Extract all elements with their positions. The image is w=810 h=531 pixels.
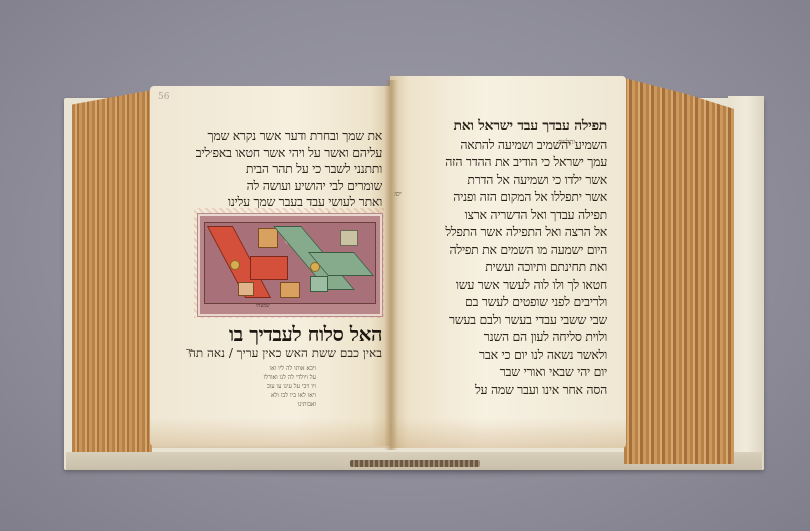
animal-vignette xyxy=(310,276,328,292)
text-line: תפילה עבדך ואל הדשריה ארצו xyxy=(412,206,607,224)
text-line: שבי ששבי עבדי בעשר ולבם בעשר xyxy=(412,311,607,329)
note-line: ויבא אותו לה ליו ואו xyxy=(204,364,316,373)
marginal-notes: ויבא אותו לה ליו ואו על ויולדי לה לנו וא… xyxy=(204,364,316,409)
right-page-text: תפילה עבדך עבד ישראל ואת השמיע יהשמיב וש… xyxy=(412,118,607,398)
folio-number: 56 xyxy=(158,92,169,102)
note-line: ואבותינו xyxy=(204,400,316,409)
text-line: שומרים לבי יהושיע ועושה לה xyxy=(196,178,382,195)
spine-sewing xyxy=(350,460,480,467)
note-line: על ויולדי לה לנו ואורלו xyxy=(204,373,316,382)
text-line: את שמך ובחרת ודער אשר נקרא שמך xyxy=(196,128,382,145)
note-line: ויו ויבי על עינו עו עוב xyxy=(204,382,316,391)
display-script-line: האל סלוח לעבדיך בו xyxy=(196,322,382,347)
text-line: ותתנני לשבר כי על תהר הבית xyxy=(196,161,382,178)
page-bottom-stain xyxy=(150,418,626,448)
gold-dot xyxy=(310,262,320,272)
text-line: אשר ילדו כי ושמיעה אל הדרת xyxy=(412,171,607,189)
line-end-mark: יד xyxy=(186,346,193,357)
text-line: אל הרצה ואל התפילה אשר התפלל xyxy=(412,223,607,241)
margin-note: יסו xyxy=(394,190,402,198)
gold-medallion xyxy=(258,228,278,248)
text-line: ולאשר נשאה לנו יום כי אבר xyxy=(412,346,607,364)
gold-dot xyxy=(230,260,240,270)
text-line: חטאו לך ולו לוה לעשר אשר עשו xyxy=(412,276,607,294)
gutter xyxy=(384,80,398,450)
right-fore-edge xyxy=(624,78,734,464)
text-line: ולריבים לפני שופטים לעשר בם xyxy=(412,293,607,311)
left-fore-edge xyxy=(72,90,152,452)
note-line: ויאו לאו ביו לבו ולא xyxy=(204,391,316,400)
text-line: עליהם ואשר על ויהי אשר חטאו באפ׳ליב: xyxy=(196,145,382,162)
text-line: יום יהי שבאי ואורי שבר xyxy=(412,363,607,381)
panel-caption: שמעתי xyxy=(256,303,270,309)
second-script-line: באין כבם ששת האש כאין עריך / נאה תה xyxy=(196,346,382,361)
text-line: הסה אחר אינו ועבר שמה על xyxy=(412,381,607,399)
text-line: עמך ישראל כי הודיב את ההדר הזה xyxy=(412,153,607,171)
text-line: השמיע יהשמיב ושמיעה להתאה xyxy=(412,136,607,154)
animal-vignette xyxy=(340,230,358,246)
red-letter-bar xyxy=(250,256,288,280)
margin-note: ותליוס xyxy=(558,138,575,146)
animal-vignette xyxy=(238,282,254,296)
text-line: ולוית סליחה לעון הם השנר xyxy=(412,328,607,346)
text-line: היום ישמעה מו השמים את תפילה xyxy=(412,241,607,259)
heading-line: תפילה עבדך עבד ישראל ואת xyxy=(412,118,607,136)
gold-medallion xyxy=(280,282,300,298)
text-line: אשר יתפללו אל המקום הזה ופניה xyxy=(412,188,607,206)
text-line: ואת תחינתם ותיוכה ועשית xyxy=(412,258,607,276)
